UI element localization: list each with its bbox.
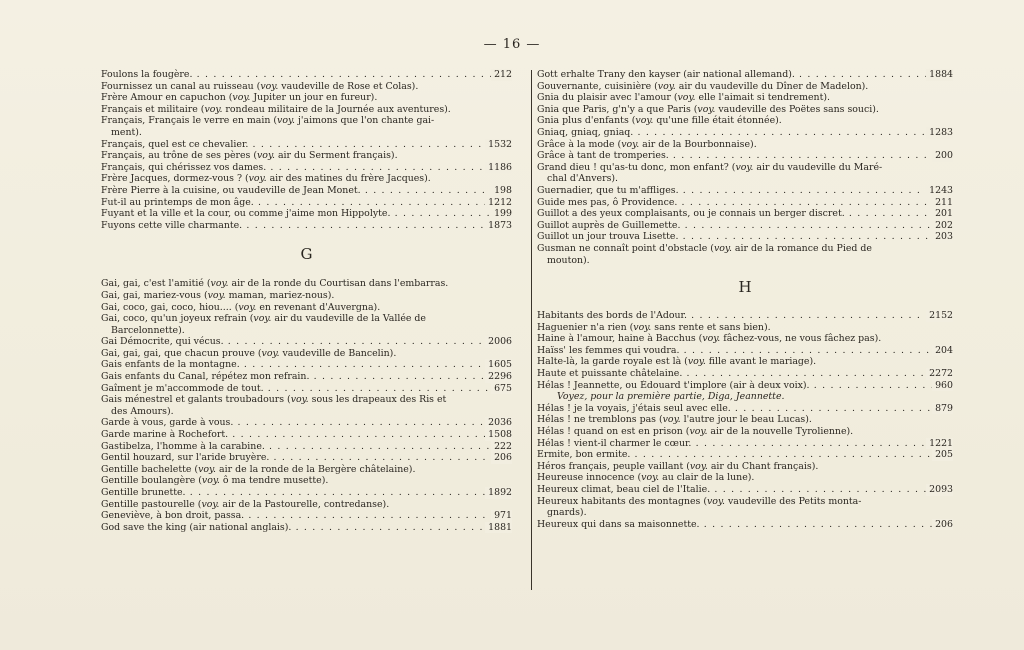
entries-h: Habitants des bords de l'Adour.2152Hague… <box>537 310 953 530</box>
entry-number: 2272 <box>926 368 953 380</box>
entry-title: Haute et puissante châtelaine. <box>537 368 953 379</box>
entry-title: Heureux qui dans sa maisonnette. <box>537 519 953 530</box>
entry-title: Grand dieu ! qu'as-tu donc, mon enfant? … <box>537 162 882 173</box>
entry-continuation: mouton). <box>537 255 953 267</box>
index-entry: Gastibelza, l'homme à la carabine.222 <box>101 441 512 453</box>
index-entry: Fut-il au printemps de mon âge.1212 <box>101 197 512 209</box>
entry-number: 879 <box>932 403 953 415</box>
entry-title: Heureux habitants des montagnes (voy. va… <box>537 496 861 507</box>
index-entry: Français, quel est ce chevalier.1532 <box>101 139 512 151</box>
index-entry: Hélas ! Jeannette, ou Édouard t'implore … <box>537 380 953 392</box>
index-entry: Fuyons cette ville charmante.1873 <box>101 220 512 232</box>
section-heading-h: H <box>537 277 953 297</box>
index-entry: Ermite, bon ermite.205 <box>537 449 953 461</box>
entry-title: Gais enfants de la montagne. <box>101 359 512 370</box>
entry-number: 201 <box>932 208 953 220</box>
entry-title: Français, au trône de ses pères (voy. ai… <box>101 150 398 161</box>
entry-number: 211 <box>932 197 953 209</box>
index-entry: Hélas ! ne tremblons pas (voy. l'autre j… <box>537 414 953 426</box>
entry-title: Fuyant et la ville et la cour, ou comme … <box>101 208 512 219</box>
index-entry: Gai, coco, gai, coco, hiou.... (voy. en … <box>101 302 512 314</box>
entry-title: Haïss' les femmes qui voudra. <box>537 345 953 356</box>
entry-title: Gouvernante, cuisinière (voy. air du vau… <box>537 81 868 92</box>
entry-number: 1221 <box>926 438 953 450</box>
index-entry: Gentille boulangère (voy. ô ma tendre mu… <box>101 475 512 487</box>
entry-number: 212 <box>491 69 512 81</box>
entry-title: Gnia plus d'enfants (voy. qu'une fille é… <box>537 115 782 126</box>
entry-title: Haine à l'amour, haine à Bacchus (voy. f… <box>537 333 881 344</box>
index-entry: Gentille bachelette (voy. air de la rond… <box>101 464 512 476</box>
entry-title: Guillot auprès de Guillemette. <box>537 220 953 231</box>
entry-title: Geneviève, à bon droit, passa. <box>101 510 512 521</box>
index-entry: Guillot un jour trouva Lisette.203 <box>537 231 953 243</box>
index-entry: Héros français, peuple vaillant (voy. ai… <box>537 461 953 473</box>
entry-title: Gnia du plaisir avec l'amour (voy. elle … <box>537 92 830 103</box>
entry-title: Gusman ne connaît point d'obstacle (voy.… <box>537 243 872 254</box>
entries-g-continued: Gott erhalte Trany den kayser (air natio… <box>537 69 953 266</box>
entry-number: 1283 <box>926 127 953 139</box>
entry-title: Fut-il au printemps de mon âge. <box>101 197 512 208</box>
index-entry: Gentil houzard, sur l'aride bruyère.206 <box>101 452 512 464</box>
entry-title: Hélas ! vient-il charmer le cœur. <box>537 438 953 449</box>
entry-title: Haguenier n'a rien (voy. sans rente et s… <box>537 322 771 333</box>
section-heading-g: G <box>101 244 512 264</box>
index-entry: Hélas ! je la voyais, j'étais seul avec … <box>537 403 953 415</box>
entry-title: Français, qui chérissez vos dames. <box>101 162 512 173</box>
left-column: Foulons la fougère.212Fournissez un cana… <box>101 69 512 533</box>
entry-number: 1873 <box>485 220 512 232</box>
entry-continuation: ment). <box>101 127 512 139</box>
entry-continuation: des Amours). <box>101 406 512 418</box>
entry-number: 1881 <box>485 522 512 534</box>
index-entry: Gai Démocrite, qui vécus.2006 <box>101 336 512 348</box>
entry-continuation: gnards). <box>537 507 953 519</box>
entry-number: 1186 <box>485 162 512 174</box>
index-entry: Grand dieu ! qu'as-tu donc, mon enfant? … <box>537 162 953 185</box>
entries-f: Foulons la fougère.212Fournissez un cana… <box>101 69 512 231</box>
entry-continuation: Barcelonnette). <box>101 325 512 337</box>
index-entry: Gais ménestrel et galants troubadours (v… <box>101 394 512 417</box>
index-entry: Guide mes pas, ô Providence.211 <box>537 197 953 209</box>
index-entry: Heureux qui dans sa maisonnette.206 <box>537 519 953 531</box>
entry-title: Hélas ! je la voyais, j'étais seul avec … <box>537 403 953 414</box>
index-entry: Guernadier, que tu m'affliges.1243 <box>537 185 953 197</box>
entry-title: Gentille pastourelle (voy. air de la Pas… <box>101 499 389 510</box>
entry-title: Foulons la fougère. <box>101 69 512 80</box>
entry-number: 198 <box>491 185 512 197</box>
index-entry: Gouvernante, cuisinière (voy. air du vau… <box>537 81 953 93</box>
entry-number: 1243 <box>926 185 953 197</box>
index-entry: Gais enfants du Canal, répétez mon refra… <box>101 371 512 383</box>
entry-number: 675 <box>491 383 512 395</box>
index-entry: Fournissez un canal au ruisseau (voy. va… <box>101 81 512 93</box>
index-entry: Français, qui chérissez vos dames.1186 <box>101 162 512 174</box>
entry-title: Gais enfants du Canal, répétez mon refra… <box>101 371 512 382</box>
entry-title: Frère Amour en capuchon (voy. Jupiter un… <box>101 92 377 103</box>
index-entry: Heureux habitants des montagnes (voy. va… <box>537 496 953 519</box>
index-entry: Grâce à la mode (voy. air de la Bourbonn… <box>537 139 953 151</box>
entry-title: Gentil houzard, sur l'aride bruyère. <box>101 452 512 463</box>
entry-title: Gott erhalte Trany den kayser (air natio… <box>537 69 953 80</box>
index-entry: Guillot auprès de Guillemette.202 <box>537 220 953 232</box>
entry-title: Gentille bachelette (voy. air de la rond… <box>101 464 415 475</box>
entry-title: Guernadier, que tu m'affliges. <box>537 185 953 196</box>
index-entry: Gaîment je m'accommode de tout.675 <box>101 383 512 395</box>
index-entry: Gott erhalte Trany den kayser (air natio… <box>537 69 953 81</box>
entry-title: Garde à vous, garde à vous. <box>101 417 512 428</box>
entry-title: Heureuse innocence (voy. au clair de la … <box>537 472 754 483</box>
index-entry: Haute et puissante châtelaine.2272 <box>537 368 953 380</box>
entry-title: Français, quel est ce chevalier. <box>101 139 512 150</box>
entry-title: Guillot un jour trouva Lisette. <box>537 231 953 242</box>
entry-title: Français, Français le verre en main (voy… <box>101 115 434 126</box>
index-entry: Gentille pastourelle (voy. air de la Pas… <box>101 499 512 511</box>
entry-title: Gai, gai, gai, que chacun prouve (voy. v… <box>101 348 396 359</box>
index-entry: Gais enfants de la montagne.1605 <box>101 359 512 371</box>
index-entry: Haguenier n'a rien (voy. sans rente et s… <box>537 322 953 334</box>
entry-title: Guide mes pas, ô Providence. <box>537 197 953 208</box>
index-entry: Gniaq, gniaq, gniaq.1283 <box>537 127 953 139</box>
entry-title: Hélas ! quand on est en prison (voy. air… <box>537 426 853 437</box>
index-entry: Gai, gai, gai, que chacun prouve (voy. v… <box>101 348 512 360</box>
entry-number: 222 <box>491 441 512 453</box>
index-entry: Haïss' les femmes qui voudra.204 <box>537 345 953 357</box>
entry-number: 202 <box>932 220 953 232</box>
entry-title: Grâce à la mode (voy. air de la Bourbonn… <box>537 139 757 150</box>
entry-number: 971 <box>491 510 512 522</box>
entry-title: Frère Pierre à la cuisine, ou vaudeville… <box>101 185 512 196</box>
index-entry: Gnia que Paris, g'n'y a que Paris (voy. … <box>537 104 953 116</box>
index-entry: Heureuse innocence (voy. au clair de la … <box>537 472 953 484</box>
index-entry: Gai, coco, qu'un joyeux refrain (voy. ai… <box>101 313 512 336</box>
index-entry: Gai, gai, mariez-vous (voy. maman, marie… <box>101 290 512 302</box>
entry-title: Gaîment je m'accommode de tout. <box>101 383 512 394</box>
entry-title: Gai, gai, mariez-vous (voy. maman, marie… <box>101 290 334 301</box>
entry-title: Halte-là, la garde royale est là (voy. f… <box>537 356 816 367</box>
entry-title: Frère Jacques, dormez-vous ? (voy. air d… <box>101 173 431 184</box>
entry-title: Gniaq, gniaq, gniaq. <box>537 127 953 138</box>
entry-title: Guillot a des yeux complaisants, ou je c… <box>537 208 953 219</box>
index-entry: God save the king (air national anglais)… <box>101 522 512 534</box>
index-entry: Habitants des bords de l'Adour.2152 <box>537 310 953 322</box>
index-entry: Geneviève, à bon droit, passa.971 <box>101 510 512 522</box>
entry-number: 206 <box>491 452 512 464</box>
entry-number: 2152 <box>926 310 953 322</box>
entries-g: Gai, gai, c'est l'amitié (voy. air de la… <box>101 278 512 533</box>
entry-title: Voyez, pour la première partie, Diga, Je… <box>557 391 784 402</box>
index-entry: Fuyant et la ville et la cour, ou comme … <box>101 208 512 220</box>
index-entry: Grâce à tant de tromperies.200 <box>537 150 953 162</box>
entry-number: 2093 <box>926 484 953 496</box>
entry-number: 1532 <box>485 139 512 151</box>
index-entry: Français et militaire (voy. rondeau mili… <box>101 104 512 116</box>
entry-number: 205 <box>932 449 953 461</box>
entry-number: 1892 <box>485 487 512 499</box>
index-entry: Halte-là, la garde royale est là (voy. f… <box>537 356 953 368</box>
index-entry: Gentille brunette.1892 <box>101 487 512 499</box>
entry-title: Hélas ! ne tremblons pas (voy. l'autre j… <box>537 414 812 425</box>
entry-number: 1605 <box>485 359 512 371</box>
entry-number: 2036 <box>485 417 512 429</box>
right-column: Gott erhalte Trany den kayser (air natio… <box>537 69 953 530</box>
entry-title: Gentille boulangère (voy. ô ma tendre mu… <box>101 475 328 486</box>
index-entry: Guillot a des yeux complaisants, ou je c… <box>537 208 953 220</box>
entry-title: Heureux climat, beau ciel de l'Italie. <box>537 484 953 495</box>
entry-number: 1508 <box>485 429 512 441</box>
index-entry: Garde marine à Rochefort.1508 <box>101 429 512 441</box>
entry-number: 200 <box>932 150 953 162</box>
entry-continuation: chal d'Anvers). <box>537 173 953 185</box>
entry-title: Grâce à tant de tromperies. <box>537 150 953 161</box>
entry-title: Ermite, bon ermite. <box>537 449 953 460</box>
entry-title: Garde marine à Rochefort. <box>101 429 512 440</box>
index-entry: Gai, gai, c'est l'amitié (voy. air de la… <box>101 278 512 290</box>
page-number: — 16 — <box>0 37 1024 52</box>
entry-title: Gnia que Paris, g'n'y a que Paris (voy. … <box>537 104 879 115</box>
index-entry: Hélas ! vient-il charmer le cœur.1221 <box>537 438 953 450</box>
index-entry: Frère Pierre à la cuisine, ou vaudeville… <box>101 185 512 197</box>
entry-title: Gentille brunette. <box>101 487 512 498</box>
index-entry: Haine à l'amour, haine à Bacchus (voy. f… <box>537 333 953 345</box>
entry-number: 2006 <box>485 336 512 348</box>
entry-title: Français et militaire (voy. rondeau mili… <box>101 104 451 115</box>
index-entry: Gnia plus d'enfants (voy. qu'une fille é… <box>537 115 953 127</box>
entry-title: God save the king (air national anglais)… <box>101 522 512 533</box>
index-entry: Heureux climat, beau ciel de l'Italie.20… <box>537 484 953 496</box>
index-entry: Garde à vous, garde à vous.2036 <box>101 417 512 429</box>
entry-number: 199 <box>491 208 512 220</box>
column-divider <box>531 70 532 590</box>
entry-title: Gastibelza, l'homme à la carabine. <box>101 441 512 452</box>
entry-title: Fuyons cette ville charmante. <box>101 220 512 231</box>
entry-title: Gai Démocrite, qui vécus. <box>101 336 512 347</box>
entry-title: Hélas ! Jeannette, ou Édouard t'implore … <box>537 380 953 391</box>
index-entry: Gusman ne connaît point d'obstacle (voy.… <box>537 243 953 266</box>
entry-number: 960 <box>932 380 953 392</box>
index-entry: Voyez, pour la première partie, Diga, Je… <box>537 391 953 403</box>
entry-number: 1212 <box>485 197 512 209</box>
entry-title: Fournissez un canal au ruisseau (voy. va… <box>101 81 418 92</box>
index-entry: Gnia du plaisir avec l'amour (voy. elle … <box>537 92 953 104</box>
entry-title: Gais ménestrel et galants troubadours (v… <box>101 394 446 405</box>
entry-title: Gai, coco, qu'un joyeux refrain (voy. ai… <box>101 313 426 324</box>
book-page: — 16 — Foulons la fougère.212Fournissez … <box>0 0 1024 650</box>
entry-title: Gai, gai, c'est l'amitié (voy. air de la… <box>101 278 448 289</box>
entry-title: Héros français, peuple vaillant (voy. ai… <box>537 461 818 472</box>
entry-number: 204 <box>932 345 953 357</box>
entry-number: 206 <box>932 519 953 531</box>
index-entry: Frère Jacques, dormez-vous ? (voy. air d… <box>101 173 512 185</box>
entry-number: 1884 <box>926 69 953 81</box>
entry-title: Habitants des bords de l'Adour. <box>537 310 953 321</box>
index-entry: Français, au trône de ses pères (voy. ai… <box>101 150 512 162</box>
index-entry: Frère Amour en capuchon (voy. Jupiter un… <box>101 92 512 104</box>
entry-title: Gai, coco, gai, coco, hiou.... (voy. en … <box>101 302 380 313</box>
entry-number: 2296 <box>485 371 512 383</box>
index-entry: Foulons la fougère.212 <box>101 69 512 81</box>
entry-number: 203 <box>932 231 953 243</box>
index-entry: Hélas ! quand on est en prison (voy. air… <box>537 426 953 438</box>
index-entry: Français, Français le verre en main (voy… <box>101 115 512 138</box>
